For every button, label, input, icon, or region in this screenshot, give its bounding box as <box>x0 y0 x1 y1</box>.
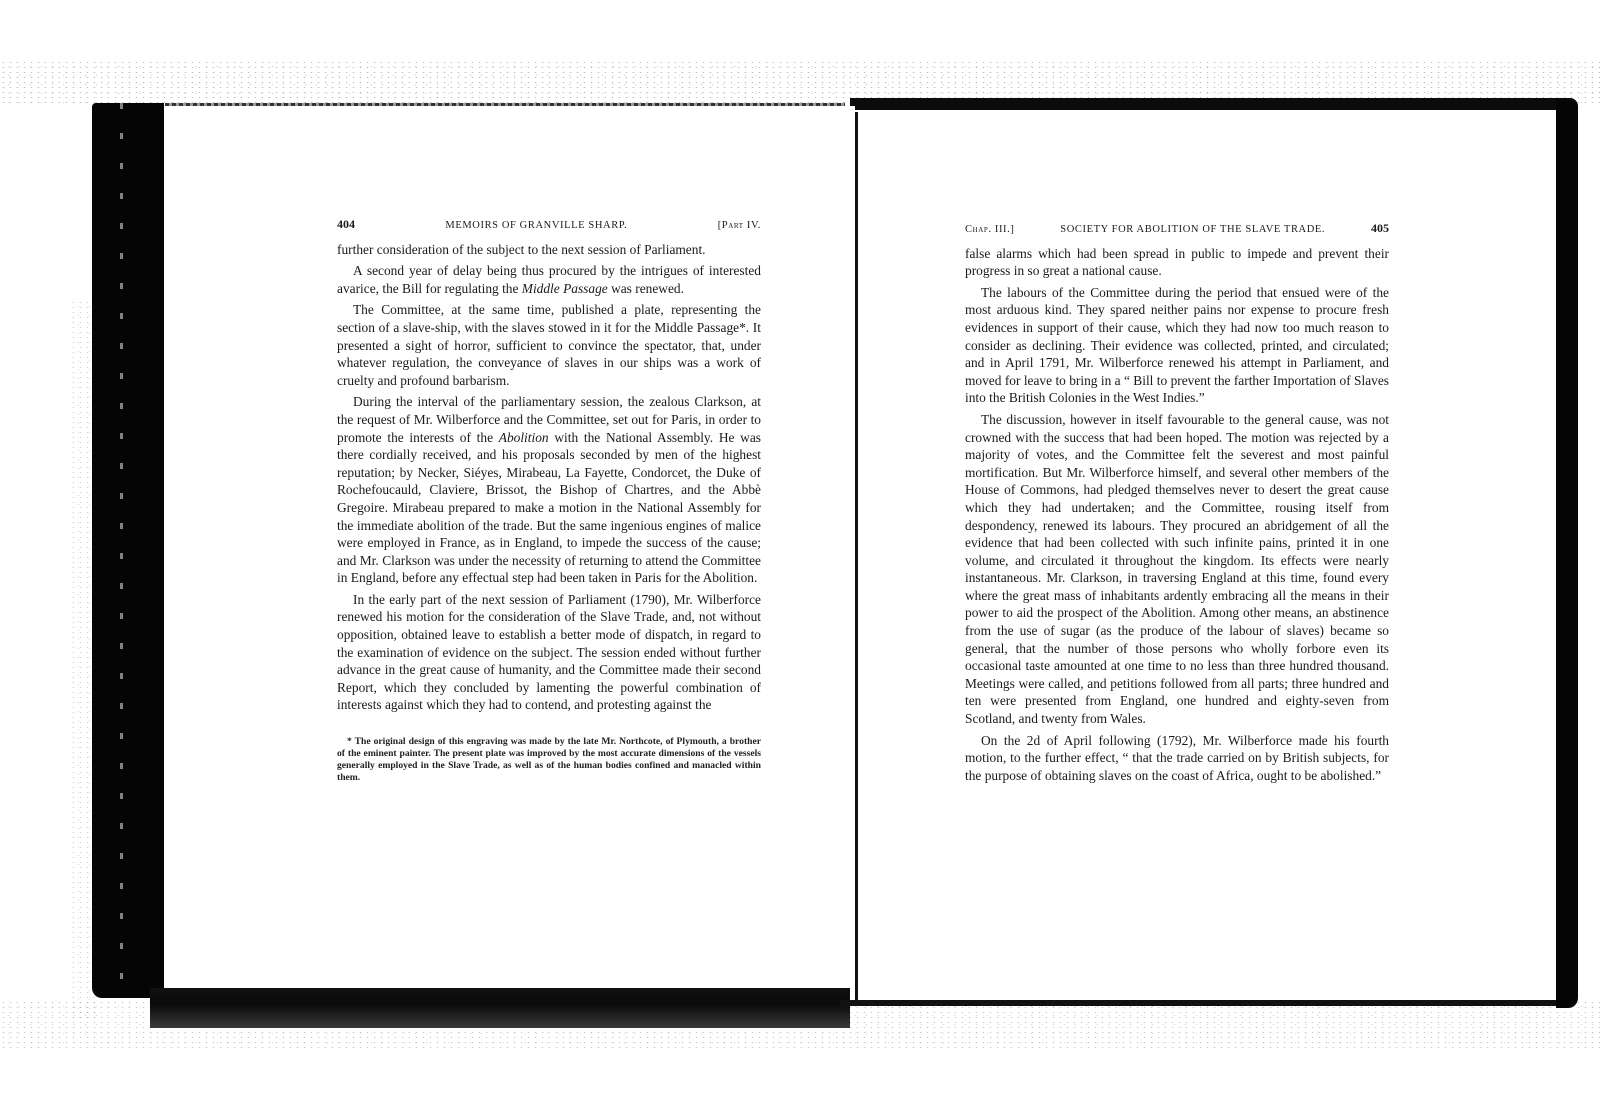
right-running-head: Chap. III.] SOCIETY FOR ABOLITION OF THE… <box>965 220 1389 239</box>
book-cover-edge-left <box>92 103 164 998</box>
footnote-text: * The original design of this engraving … <box>337 736 761 784</box>
book-page-edge-bottom-right <box>840 1000 1560 1006</box>
page-number: 405 <box>1371 220 1389 238</box>
paragraph: The discussion, however in itself favour… <box>965 411 1389 728</box>
paragraph: The Committee, at the same time, publish… <box>337 301 761 389</box>
right-page-text-column: Chap. III.] SOCIETY FOR ABOLITION OF THE… <box>965 220 1389 788</box>
book-cover-edge-bottom <box>150 988 850 1028</box>
left-page-text-column: 404 MEMOIRS OF GRANVILLE SHARP. [Part IV… <box>337 216 761 784</box>
book-cover-edge-top-right <box>850 98 1578 110</box>
paragraph: false alarms which had been spread in pu… <box>965 245 1389 280</box>
paragraph: The labours of the Committee during the … <box>965 284 1389 407</box>
paragraph: further consideration of the subject to … <box>337 241 761 259</box>
chapter-label: Chap. III.] <box>965 221 1014 239</box>
book-cover-edge-right <box>1556 100 1578 1008</box>
italic-term: Abolition <box>499 430 549 445</box>
page-number: 404 <box>337 216 355 234</box>
paragraph: During the interval of the parliamentary… <box>337 393 761 587</box>
running-title: SOCIETY FOR ABOLITION OF THE SLAVE TRADE… <box>1060 221 1325 239</box>
paragraph: In the early part of the next session of… <box>337 591 761 714</box>
paragraph: On the 2d of April following (1792), Mr.… <box>965 732 1389 785</box>
footnote: * The original design of this engraving … <box>337 736 761 784</box>
book-gutter <box>855 112 858 1002</box>
open-book-scan: 404 MEMOIRS OF GRANVILLE SHARP. [Part IV… <box>0 0 1600 1108</box>
part-label: [Part IV. <box>718 217 761 235</box>
left-running-head: 404 MEMOIRS OF GRANVILLE SHARP. [Part IV… <box>337 216 761 235</box>
running-title: MEMOIRS OF GRANVILLE SHARP. <box>445 217 627 235</box>
italic-term: Middle Passage <box>522 281 608 296</box>
paragraph: A second year of delay being thus procur… <box>337 262 761 297</box>
